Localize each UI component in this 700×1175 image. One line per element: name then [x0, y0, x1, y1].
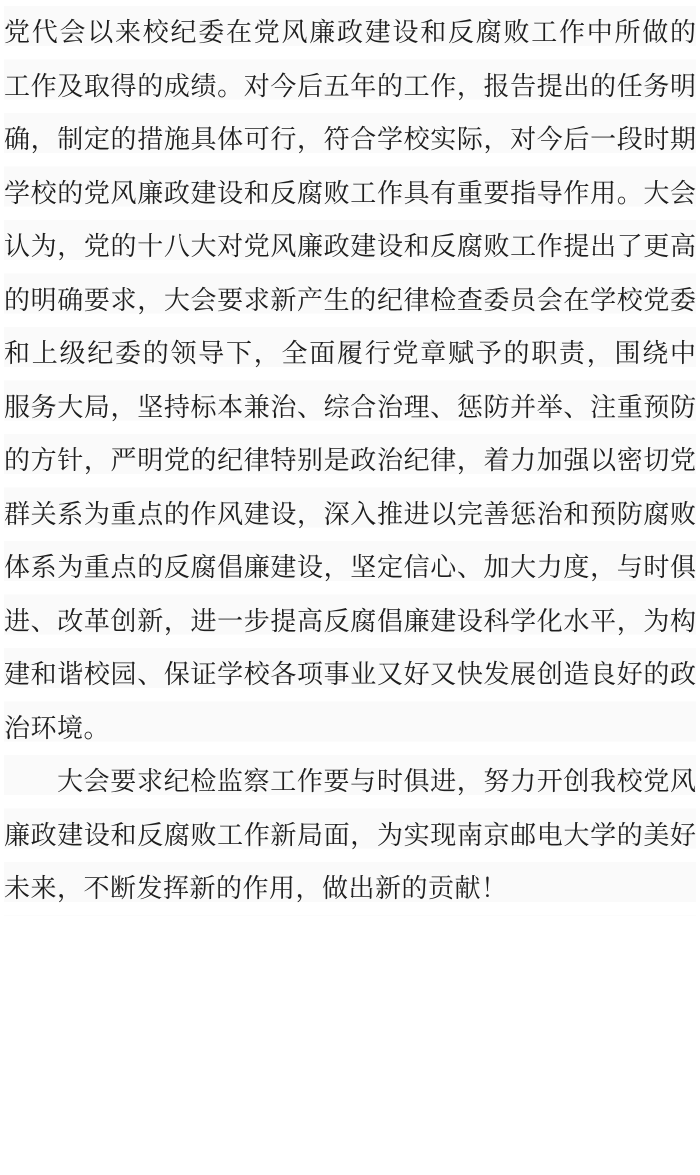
- text-line: 服务大局，坚持标本兼治、综合治理、惩防并举、注重预防: [4, 381, 696, 435]
- text-line: 学校的党风廉政建设和反腐败工作具有重要指导作用。大会: [4, 167, 696, 221]
- text-line: 和上级纪委的领导下，全面履行党章赋予的职责，围绕中心、: [4, 327, 696, 381]
- text-line: 群关系为重点的作风建设，深入推进以完善惩治和预防腐败: [4, 488, 696, 542]
- text-line-paragraph-end: 治环境。: [4, 702, 696, 756]
- paragraph-2: 大会要求纪检监察工作要与时俱进，努力开创我校党风 廉政建设和反腐败工作新局面，为…: [4, 755, 696, 916]
- text-line-indented: 大会要求纪检监察工作要与时俱进，努力开创我校党风: [4, 755, 696, 809]
- text-line: 工作及取得的成绩。对今后五年的工作，报告提出的任务明: [4, 60, 696, 114]
- paragraph-1: 党代会以来校纪委在党风廉政建设和反腐败工作中所做的 工作及取得的成绩。对今后五年…: [4, 6, 696, 755]
- text-line: 的明确要求，大会要求新产生的纪律检查委员会在学校党委: [4, 274, 696, 328]
- text-line: 党代会以来校纪委在党风廉政建设和反腐败工作中所做的: [4, 6, 696, 60]
- text-line: 确，制定的措施具体可行，符合学校实际，对今后一段时期: [4, 113, 696, 167]
- text-line: 进、改革创新，进一步提高反腐倡廉建设科学化水平，为构: [4, 595, 696, 649]
- text-line: 建和谐校园、保证学校各项事业又好又快发展创造良好的政: [4, 648, 696, 702]
- text-line: 体系为重点的反腐倡廉建设，坚定信心、加大力度，与时俱: [4, 541, 696, 595]
- text-line: 廉政建设和反腐败工作新局面，为实现南京邮电大学的美好: [4, 809, 696, 863]
- text-line: 的方针，严明党的纪律特别是政治纪律，着力加强以密切党: [4, 434, 696, 488]
- document-text-block: 党代会以来校纪委在党风廉政建设和反腐败工作中所做的 工作及取得的成绩。对今后五年…: [4, 6, 696, 916]
- document-page: 党代会以来校纪委在党风廉政建设和反腐败工作中所做的 工作及取得的成绩。对今后五年…: [0, 0, 700, 1175]
- text-line-paragraph-end: 未来，不断发挥新的作用，做出新的贡献！: [4, 862, 696, 916]
- text-line: 认为，党的十八大对党风廉政建设和反腐败工作提出了更高: [4, 220, 696, 274]
